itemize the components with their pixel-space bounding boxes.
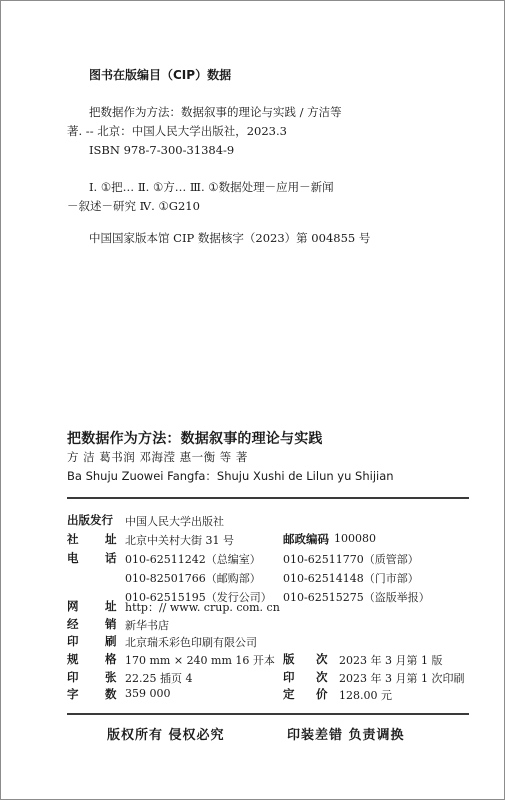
footer-rights: 版权所有 侵权必究 <box>107 724 225 743</box>
format-value: 170 mm × 240 mm 16 开本 <box>125 652 275 668</box>
words-label-2: 数 <box>105 686 117 702</box>
cip-number: 中国国家版本馆 CIP 数据核字（2023）第 004855 号 <box>89 229 370 248</box>
printer-label-1: 印 <box>67 633 79 649</box>
phone-right-1: 010-62511770（质管部） <box>283 551 419 567</box>
words-value: 359 000 <box>125 687 171 700</box>
format-label-2: 格 <box>105 651 117 667</box>
address-label-1: 社 <box>67 531 79 547</box>
cip-classification-line-1: Ⅰ. ①把… Ⅱ. ①方… Ⅲ. ①数据处理－应用－新闻 <box>89 178 334 197</box>
price-label-1: 定 <box>283 686 295 702</box>
sheets-value: 22.25 插页 4 <box>125 670 192 686</box>
printing-label-1: 印 <box>283 669 295 685</box>
cip-title-line-1: 把数据作为方法：数据叙事的理论与实践 / 方洁等 <box>89 103 342 122</box>
divider-top <box>67 497 469 499</box>
phone-left-1: 010-62511242（总编室） <box>125 551 261 567</box>
book-title: 把数据作为方法：数据叙事的理论与实践 <box>67 428 323 448</box>
phone-label-1: 电 <box>67 550 79 566</box>
printer-label-2: 刷 <box>105 633 117 649</box>
footer-guarantee: 印装差错 负责调换 <box>287 724 405 743</box>
printer-value: 北京瑞禾彩色印刷有限公司 <box>125 634 257 650</box>
divider-bottom <box>67 713 469 715</box>
website-value: http：// www. crup. com. cn <box>125 599 280 615</box>
book-pinyin-title: Ba Shuju Zuowei Fangfa：Shuju Xushi de Li… <box>67 468 394 484</box>
website-label-1: 网 <box>67 598 79 614</box>
sheets-label-1: 印 <box>67 669 79 685</box>
phone-right-3: 010-62515275（盗版举报） <box>283 589 430 605</box>
website-label-2: 址 <box>105 598 117 614</box>
cip-title-line-2: 著. -- 北京：中国人民大学出版社，2023.3 <box>67 122 287 141</box>
publisher-label: 出版发行 <box>67 512 113 528</box>
address-label-2: 址 <box>105 531 117 547</box>
distributor-label-1: 经 <box>67 616 79 632</box>
format-label-1: 规 <box>67 651 79 667</box>
phone-right-2: 010-62514148（门市部） <box>283 570 419 586</box>
price-value: 128.00 元 <box>339 687 392 703</box>
phone-label-2: 话 <box>105 550 117 566</box>
cip-classification-line-2: －叙述－研究 Ⅳ. ①G210 <box>67 197 200 216</box>
distributor-label-2: 销 <box>105 616 117 632</box>
publisher-value: 中国人民大学出版社 <box>125 513 224 529</box>
address-value: 北京中关村大街 31 号 <box>125 532 234 548</box>
edition-value: 2023 年 3 月第 1 版 <box>339 652 442 668</box>
edition-label-1: 版 <box>283 651 295 667</box>
words-label-1: 字 <box>67 686 79 702</box>
printing-label-2: 次 <box>316 669 328 685</box>
postcode-label: 邮政编码 <box>283 531 329 547</box>
edition-label-2: 次 <box>316 651 328 667</box>
copyright-page: 图书在版编目（CIP）数据 把数据作为方法：数据叙事的理论与实践 / 方洁等 著… <box>0 0 505 800</box>
book-authors: 方 洁 葛书润 邓海滢 惠一衡 等 著 <box>67 449 248 465</box>
sheets-label-2: 张 <box>105 669 117 685</box>
cip-isbn: ISBN 978-7-300-31384-9 <box>89 141 234 160</box>
distributor-value: 新华书店 <box>125 617 169 633</box>
phone-left-2: 010-82501766（邮购部） <box>125 570 261 586</box>
cip-heading: 图书在版编目（CIP）数据 <box>89 66 231 83</box>
postcode-value: 100080 <box>334 532 376 545</box>
printing-value: 2023 年 3 月第 1 次印刷 <box>339 670 464 686</box>
price-label-2: 价 <box>316 686 328 702</box>
